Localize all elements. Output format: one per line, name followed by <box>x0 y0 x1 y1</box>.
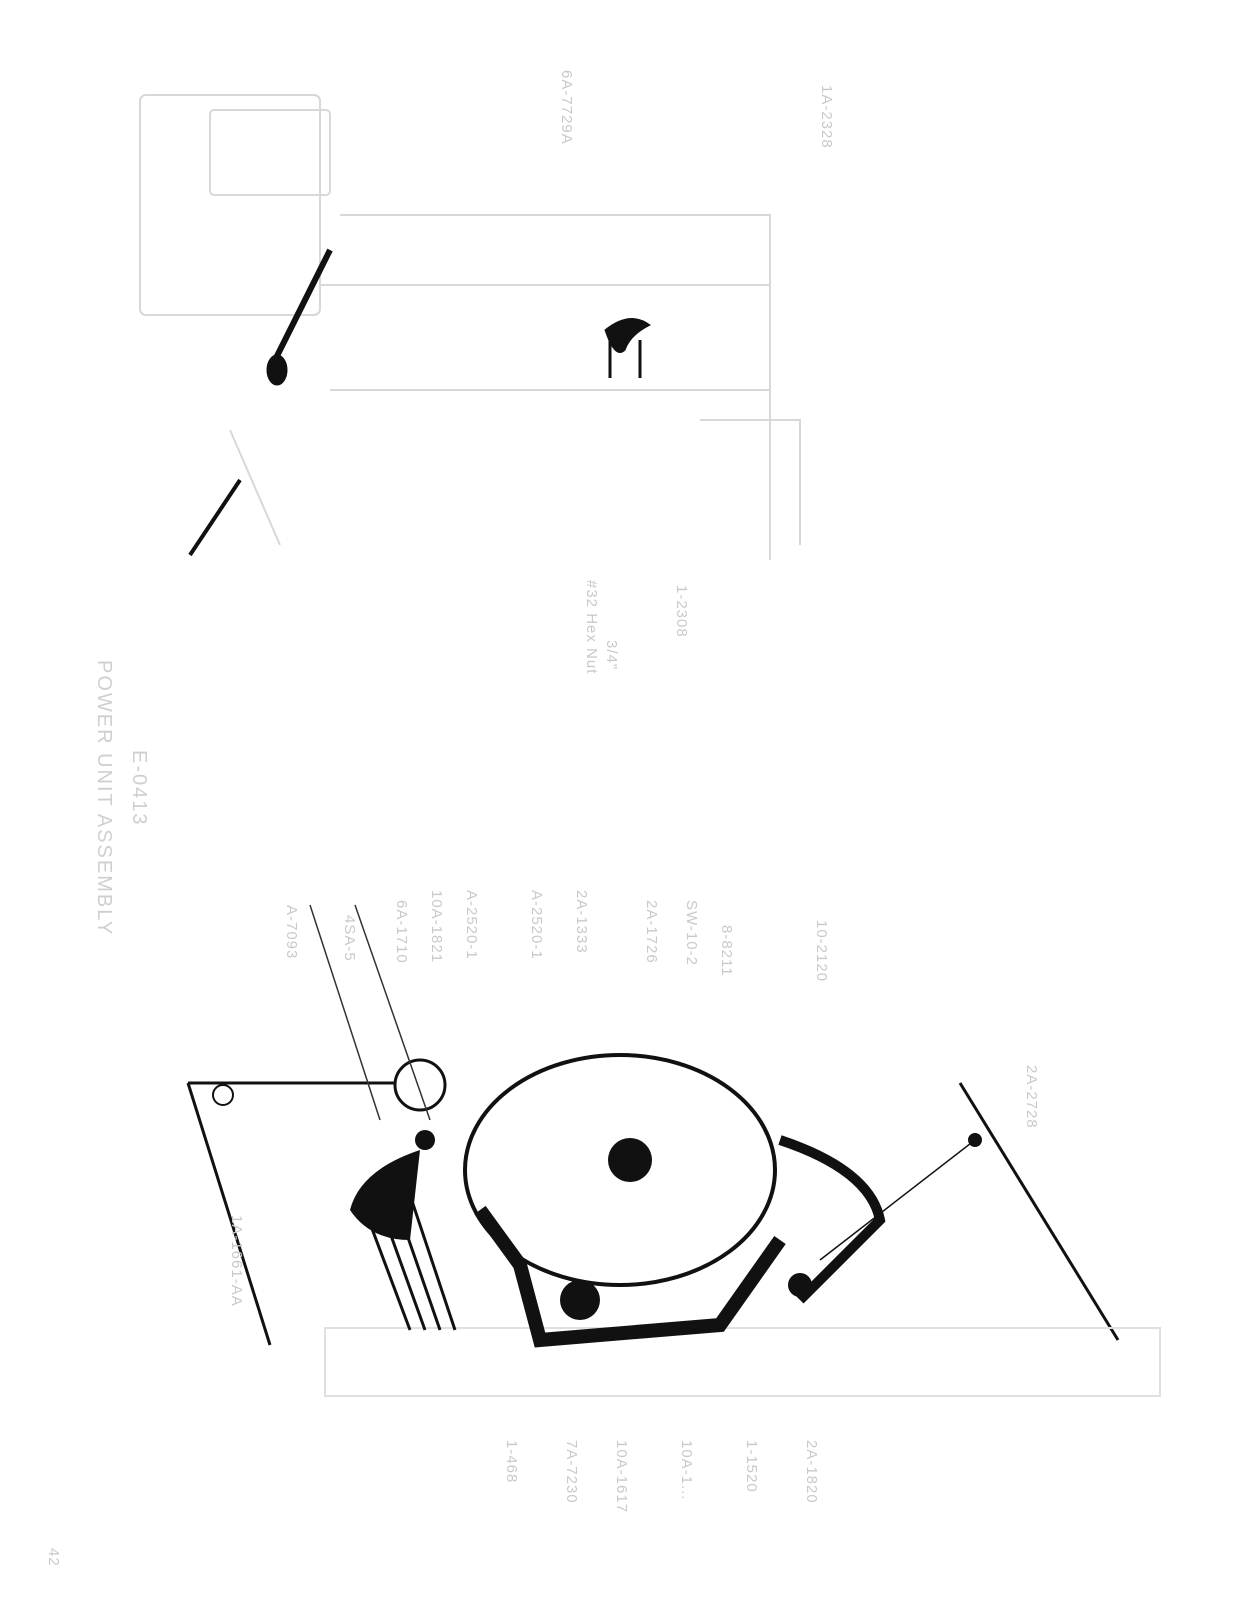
part-label: 1A-1661-AA <box>228 1215 245 1307</box>
part-label: 6A-1710 <box>393 900 410 964</box>
part-label: 1A-2328 <box>818 85 835 149</box>
part-label: 8-8211 <box>718 925 735 977</box>
part-label: #32 Hex Nut <box>583 580 600 674</box>
part-label: 2A-1333 <box>573 890 590 954</box>
upper-bracket-assembly <box>140 95 800 560</box>
part-label: 4SA-5 <box>341 915 358 962</box>
part-label: A-2520-1 <box>463 890 480 960</box>
part-label: 10-2120 <box>813 920 830 982</box>
parts-diagram <box>0 0 1243 1598</box>
part-label: A-2520-1 <box>528 890 545 960</box>
part-label: 1-2308 <box>673 585 690 638</box>
page-number: 42 <box>45 1548 62 1567</box>
upper-bracket-dark-parts <box>190 250 650 555</box>
turntable-mechanism <box>350 1055 982 1340</box>
front-rail <box>325 1328 1160 1396</box>
part-label: A-7093 <box>283 905 300 959</box>
figure-title: POWER UNIT ASSEMBLY <box>92 660 115 936</box>
part-label: 2A-1820 <box>803 1440 820 1504</box>
part-label: 10A-1... <box>678 1440 695 1501</box>
part-label: 10A-1617 <box>613 1440 630 1513</box>
part-label: 10A-1821 <box>428 890 445 963</box>
drawing-number: E-0413 <box>127 750 150 827</box>
part-label: 2A-2728 <box>1023 1065 1040 1129</box>
part-label: 1-468 <box>503 1440 520 1483</box>
part-label: 1-1520 <box>743 1440 760 1493</box>
part-label: 3/4" <box>603 640 620 670</box>
part-label: 2A-1726 <box>643 900 660 964</box>
part-label: SW-10-2 <box>683 900 700 966</box>
part-label: 7A-7230 <box>563 1440 580 1504</box>
part-label: 6A-7729A <box>558 70 575 145</box>
